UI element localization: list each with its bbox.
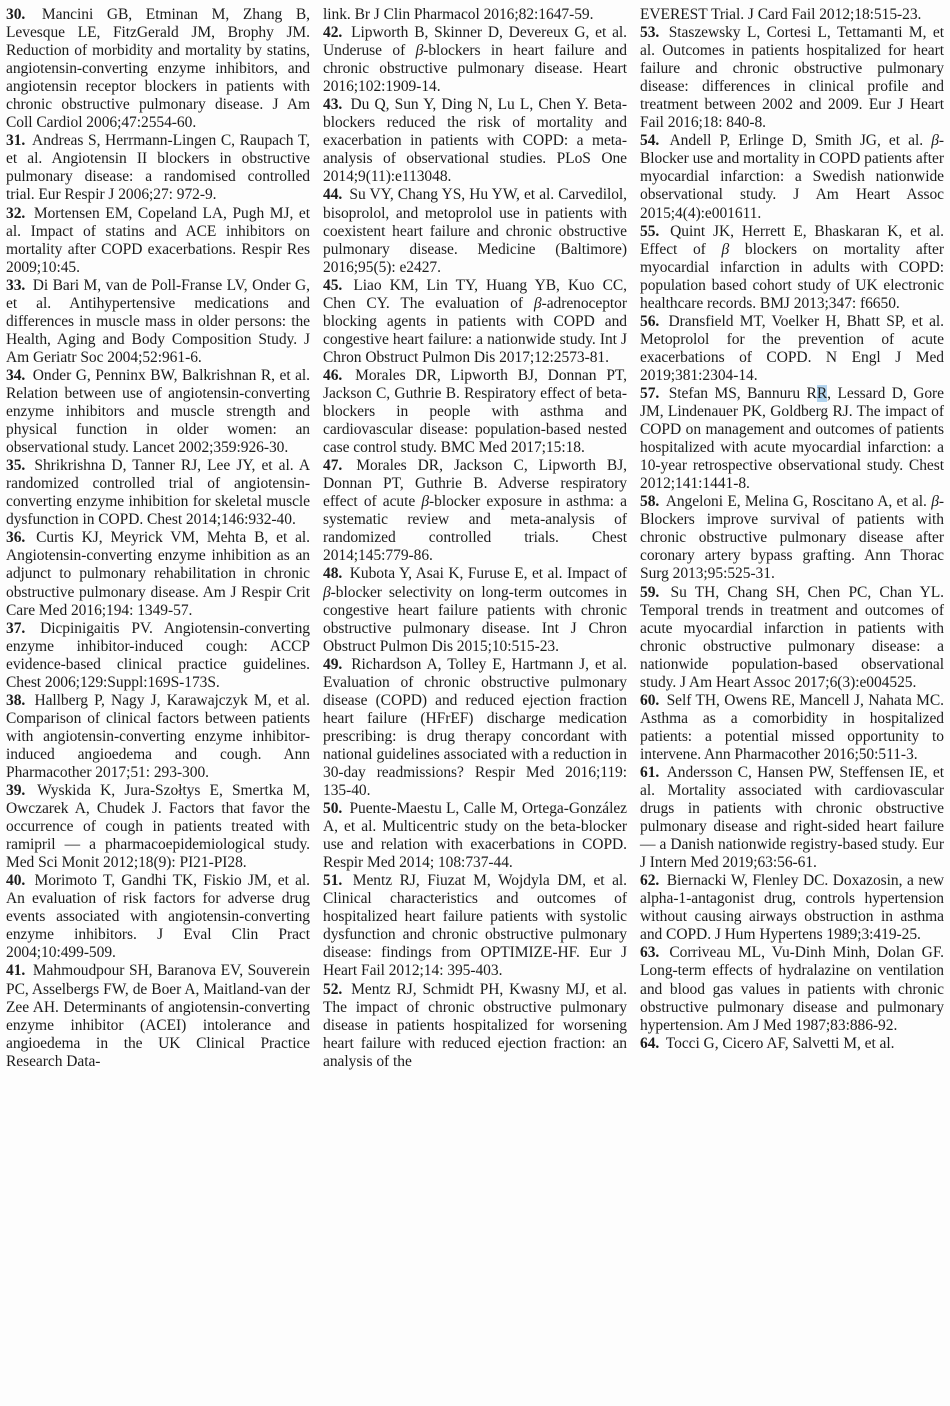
- reference-number: 33.: [6, 277, 28, 294]
- beta-symbol: β: [421, 493, 429, 510]
- reference-columns: 30. Mancini GB, Etminan M, Zhang B, Leve…: [6, 6, 944, 1071]
- reference-number: 32.: [6, 205, 28, 222]
- beta-symbol: β: [534, 295, 542, 312]
- reference-number: 63.: [640, 944, 662, 961]
- references-page: 30. Mancini GB, Etminan M, Zhang B, Leve…: [0, 0, 950, 1406]
- beta-symbol: β: [323, 584, 331, 601]
- reference-item-32: 32. Mortensen EM, Copeland LA, Pugh MJ, …: [6, 205, 310, 277]
- reference-number: 58.: [640, 493, 662, 510]
- reference-item-59: 59. Su TH, Chang SH, Chen PC, Chan YL. T…: [640, 584, 944, 692]
- reference-number: 31.: [6, 132, 28, 149]
- reference-item-39: 39. Wyskida K, Jura-Szołtys E, Smertka M…: [6, 782, 310, 872]
- reference-item-38: 38. Hallberg P, Nagy J, Karawajczyk M, e…: [6, 692, 310, 782]
- reference-item-64: 64. Tocci G, Cicero AF, Salvetti M, et a…: [640, 1035, 944, 1053]
- beta-symbol: β: [416, 42, 424, 59]
- reference-item-43: 43. Du Q, Sun Y, Ding N, Lu L, Chen Y. B…: [323, 96, 627, 186]
- reference-number: 41.: [6, 962, 28, 979]
- reference-number: 42.: [323, 24, 345, 41]
- reference-number: 34.: [6, 367, 28, 384]
- reference-item-36: 36. Curtis KJ, Meyrick VM, Mehta B, et a…: [6, 529, 310, 619]
- reference-column-2: link. Br J Clin Pharmacol 2016;82:1647-5…: [323, 6, 627, 1071]
- reference-item-34: 34. Onder G, Penninx BW, Balkrishnan R, …: [6, 367, 310, 457]
- reference-item-50: 50. Puente-Maestu L, Calle M, Ortega-Gon…: [323, 800, 627, 872]
- reference-number: 46.: [323, 367, 345, 384]
- reference-item-42: 42. Lipworth B, Skinner D, Devereux G, e…: [323, 24, 627, 96]
- reference-number: 64.: [640, 1035, 662, 1052]
- reference-number: 48.: [323, 565, 345, 582]
- reference-item-35: 35. Shrikrishna D, Tanner RJ, Lee JY, et…: [6, 457, 310, 529]
- reference-number: 61.: [640, 764, 662, 781]
- reference-number: 57.: [640, 385, 662, 402]
- reference-number: 49.: [323, 656, 345, 673]
- reference-item-57: 57. Stefan MS, Bannuru RR, Lessard D, Go…: [640, 385, 944, 493]
- reference-number: 55.: [640, 223, 662, 240]
- reference-number: 44.: [323, 186, 345, 203]
- reference-item-47: 47. Morales DR, Jackson C, Lipworth BJ, …: [323, 457, 627, 565]
- beta-symbol: β: [722, 241, 730, 258]
- reference-item-54: 54. Andell P, Erlinge D, Smith JG, et al…: [640, 132, 944, 222]
- reference-number: 30.: [6, 6, 28, 23]
- reference-item-30: 30. Mancini GB, Etminan M, Zhang B, Leve…: [6, 6, 310, 132]
- reference-number: 40.: [6, 872, 28, 889]
- reference-item-46: 46. Morales DR, Lipworth BJ, Donnan PT, …: [323, 367, 627, 457]
- reference-item-40: 40. Morimoto T, Gandhi TK, Fiskio JM, et…: [6, 872, 310, 962]
- reference-number: 54.: [640, 132, 662, 149]
- reference-item-33: 33. Di Bari M, van de Poll-Franse LV, On…: [6, 277, 310, 367]
- beta-symbol: β: [931, 493, 939, 510]
- reference-item-45: 45. Liao KM, Lin TY, Huang YB, Kuo CC, C…: [323, 277, 627, 367]
- reference-number: 47.: [323, 457, 345, 474]
- reference-item-55: 55. Quint JK, Herrett E, Bhaskaran K, et…: [640, 223, 944, 313]
- reference-column-1: 30. Mancini GB, Etminan M, Zhang B, Leve…: [6, 6, 310, 1071]
- reference-item-58: 58. Angeloni E, Melina G, Roscitano A, e…: [640, 493, 944, 583]
- reference-number: 43.: [323, 96, 345, 113]
- reference-number: 38.: [6, 692, 28, 709]
- reference-item-49: 49. Richardson A, Tolley E, Hartmann J, …: [323, 656, 627, 800]
- reference-item-53: 53. Staszewsky L, Cortesi L, Tettamanti …: [640, 24, 944, 132]
- reference-number: 56.: [640, 313, 662, 330]
- reference-item-60: 60. Self TH, Owens RE, Mancell J, Nahata…: [640, 692, 944, 764]
- reference-number: 53.: [640, 24, 662, 41]
- reference-item-61: 61. Andersson C, Hansen PW, Steffensen I…: [640, 764, 944, 872]
- reference-number: 35.: [6, 457, 28, 474]
- reference-item-37: 37. Dicpinigaitis PV. Angiotensin-conver…: [6, 620, 310, 692]
- reference-number: 62.: [640, 872, 662, 889]
- reference-item-31: 31. Andreas S, Herrmann-Lingen C, Raupac…: [6, 132, 310, 204]
- highlighted-text: R: [817, 385, 827, 402]
- reference-item-52: 52. Mentz RJ, Schmidt PH, Kwasny MJ, et …: [323, 981, 627, 1071]
- reference-column-3: EVEREST Trial. J Card Fail 2012;18:515-2…: [640, 6, 944, 1071]
- reference-number: 60.: [640, 692, 662, 709]
- reference-continuation: EVEREST Trial. J Card Fail 2012;18:515-2…: [640, 6, 944, 24]
- reference-item-44: 44. Su VY, Chang YS, Hu YW, et al. Carve…: [323, 186, 627, 276]
- reference-number: 52.: [323, 981, 345, 998]
- reference-number: 37.: [6, 620, 28, 637]
- reference-number: 36.: [6, 529, 28, 546]
- reference-number: 59.: [640, 584, 662, 601]
- reference-number: 50.: [323, 800, 345, 817]
- beta-symbol: β: [931, 132, 939, 149]
- reference-item-51: 51. Mentz RJ, Fiuzat M, Wojdyla DM, et a…: [323, 872, 627, 980]
- reference-item-56: 56. Dransfield MT, Voelker H, Bhatt SP, …: [640, 313, 944, 385]
- reference-continuation: link. Br J Clin Pharmacol 2016;82:1647-5…: [323, 6, 627, 24]
- reference-item-41: 41. Mahmoudpour SH, Baranova EV, Souvere…: [6, 962, 310, 1070]
- reference-item-63: 63. Corriveau ML, Vu-Dinh Minh, Dolan GF…: [640, 944, 944, 1034]
- reference-item-48: 48. Kubota Y, Asai K, Furuse E, et al. I…: [323, 565, 627, 655]
- reference-number: 51.: [323, 872, 345, 889]
- reference-item-62: 62. Biernacki W, Flenley DC. Doxazosin, …: [640, 872, 944, 944]
- reference-number: 45.: [323, 277, 345, 294]
- reference-number: 39.: [6, 782, 28, 799]
